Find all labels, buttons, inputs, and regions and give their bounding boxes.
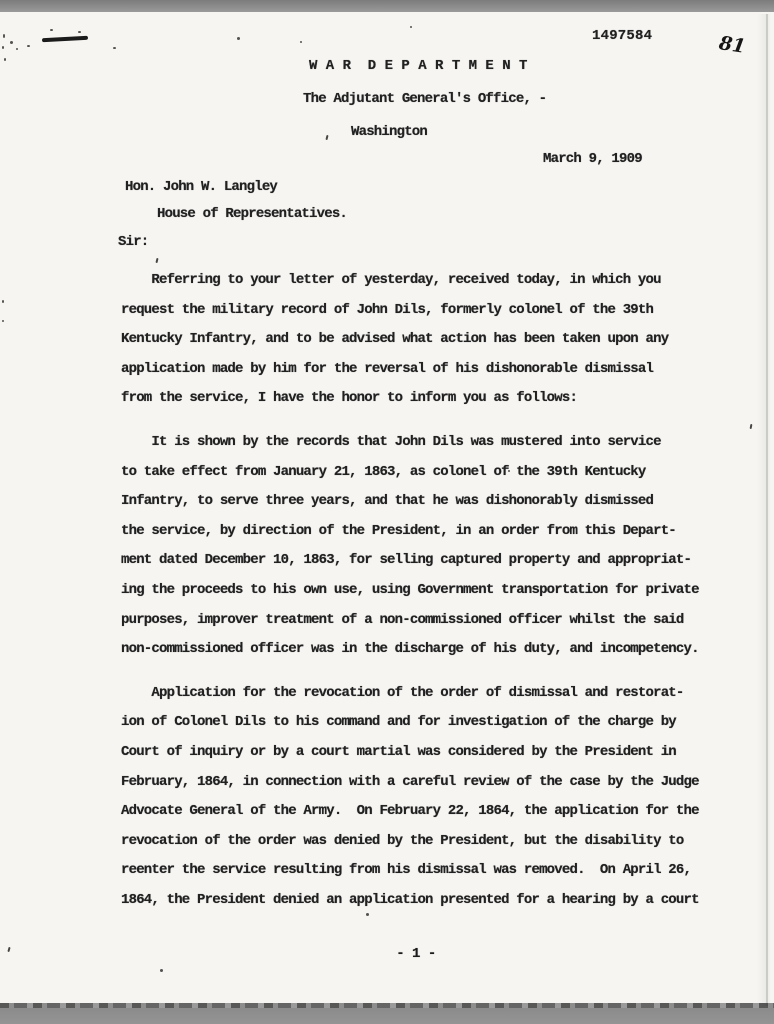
body-line: Infantry, to serve three years, and that… bbox=[121, 487, 741, 517]
body-line: reenter the service resulting from his d… bbox=[121, 856, 741, 886]
scan-speck bbox=[3, 34, 5, 38]
pen-dash-mark bbox=[42, 36, 88, 42]
body-line: to take effect from January 21, 1863, as… bbox=[121, 458, 741, 488]
body-line: Advocate General of the Army. On Februar… bbox=[121, 797, 741, 827]
scanned-letter-page: 1497584 81 W A R D E P A R T M E N T The… bbox=[0, 0, 774, 1024]
scan-edge-shadow bbox=[757, 14, 771, 1006]
scanner-bottom-bar bbox=[0, 1008, 774, 1024]
salutation: Sir: bbox=[118, 234, 148, 250]
stray-comma-mark bbox=[325, 135, 328, 140]
body-line: Court of inquiry or by a court martial w… bbox=[121, 738, 741, 768]
scanner-top-bar bbox=[0, 0, 774, 12]
body-line: purposes, improver treatment of a non-co… bbox=[121, 606, 741, 636]
scan-speck bbox=[160, 969, 163, 972]
scan-speck bbox=[300, 41, 302, 43]
scan-speck bbox=[2, 320, 4, 322]
scan-speck bbox=[16, 48, 18, 50]
handwritten-page-annotation: 81 bbox=[717, 32, 747, 58]
letterhead-department: W A R D E P A R T M E N T bbox=[309, 58, 527, 74]
body-line: the service, by direction of the Preside… bbox=[121, 517, 741, 547]
scan-speck bbox=[4, 58, 6, 61]
recipient-organization: House of Representatives. bbox=[157, 206, 347, 222]
scan-speck bbox=[50, 29, 53, 31]
body-line: from the service, I have the honor to in… bbox=[121, 384, 741, 414]
recipient-name: Hon. John W. Langley bbox=[125, 179, 277, 195]
body-line: ing the proceeds to his own use, using G… bbox=[121, 576, 741, 606]
body-line: Application for the revocation of the or… bbox=[121, 679, 741, 709]
page-number: - 1 - bbox=[0, 946, 774, 962]
body-line: ion of Colonel Dils to his command and f… bbox=[121, 708, 741, 738]
body-line: ment dated December 10, 1863, for sellin… bbox=[121, 546, 741, 576]
body-line: Referring to your letter of yesterday, r… bbox=[121, 266, 741, 296]
body-line: Kentucky Infantry, and to be advised wha… bbox=[121, 325, 741, 355]
scan-speck bbox=[113, 47, 116, 49]
scan-edge-line bbox=[766, 14, 768, 1006]
scan-speck bbox=[2, 46, 4, 49]
body-line: 1864, the President denied an applicatio… bbox=[121, 886, 741, 916]
scan-speck bbox=[410, 26, 412, 28]
body-line: application made by him for the reversal… bbox=[121, 355, 741, 385]
body-line: request the military record of John Dils… bbox=[121, 296, 741, 326]
scan-speck bbox=[10, 41, 13, 44]
body-line: non-commissioned officer was in the disc… bbox=[121, 635, 741, 665]
scan-speck bbox=[237, 37, 240, 40]
body-line: It is shown by the records that John Dil… bbox=[121, 428, 741, 458]
letter-body: Referring to your letter of yesterday, r… bbox=[121, 266, 741, 915]
paragraph: Referring to your letter of yesterday, r… bbox=[121, 266, 741, 414]
scan-speck bbox=[2, 300, 4, 303]
stray-comma-mark bbox=[155, 258, 158, 263]
letter-date: March 9, 1909 bbox=[543, 151, 642, 167]
letterhead-city: Washington bbox=[351, 124, 427, 140]
paragraph: It is shown by the records that John Dil… bbox=[121, 428, 741, 665]
body-line: revocation of the order was denied by th… bbox=[121, 827, 741, 857]
paragraph: Application for the revocation of the or… bbox=[121, 679, 741, 916]
stray-comma-mark bbox=[750, 424, 753, 429]
body-line: February, 1864, in connection with a car… bbox=[121, 768, 741, 798]
letterhead-office: The Adjutant General's Office, - bbox=[303, 91, 546, 107]
file-stamp-number: 1497584 bbox=[592, 28, 652, 44]
scan-speck bbox=[78, 31, 81, 33]
scan-speck bbox=[27, 45, 30, 47]
